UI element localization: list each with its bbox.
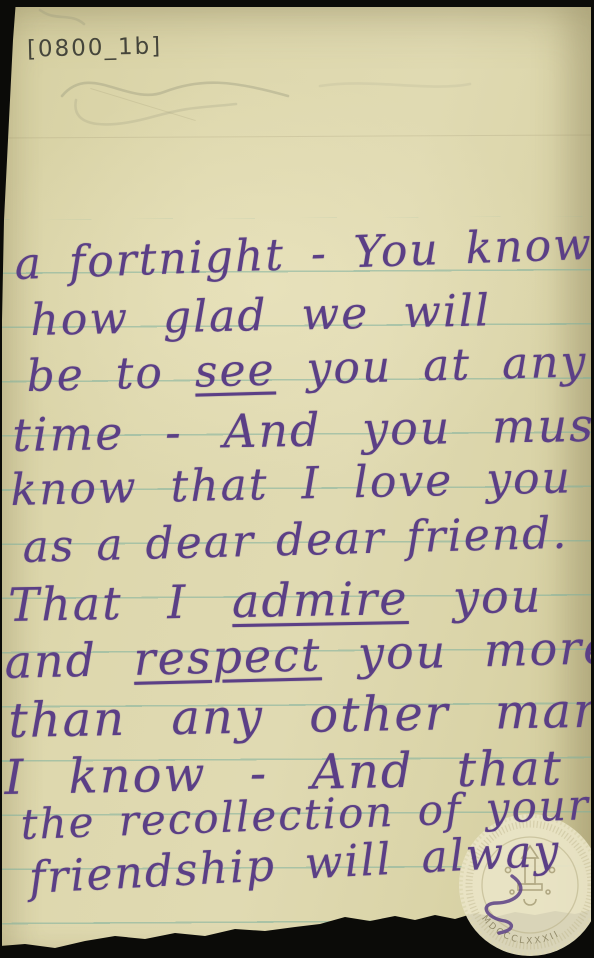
- letter-text: you more: [321, 620, 594, 681]
- scanned-letter-page: MDCCCLXXXII [0800_1b] a fortnight - You …: [0, 0, 594, 958]
- letter-line-6: as a dear dear friend.: [22, 512, 569, 570]
- underlined-word: respect: [133, 627, 322, 686]
- scan-edge-top: [0, 0, 594, 7]
- letter-text: time - And you must: [12, 397, 594, 462]
- letter-line-9: than any other man: [8, 687, 594, 745]
- crease-line-diagonal: [90, 88, 195, 121]
- underlined-word: admire: [232, 571, 409, 628]
- letter-text: That I: [8, 574, 233, 632]
- letter-line-5: know that I love you: [10, 456, 572, 513]
- letter-text: a fortnight - You know: [14, 219, 594, 290]
- letter-text: than any other man: [8, 683, 594, 749]
- letter-line-8: and respect you more: [4, 624, 594, 685]
- letter-text: as a dear dear friend.: [22, 508, 569, 573]
- letter-text: know that I love you: [10, 452, 573, 516]
- letter-text: you at any: [275, 336, 588, 395]
- letter-line-7: That I admire you: [8, 573, 543, 628]
- svg-text:MDCCCLXXXII: MDCCCLXXXII: [479, 914, 562, 947]
- letter-text: and: [4, 632, 134, 689]
- underlined-word: see: [194, 344, 276, 397]
- letter-line-1: a fortnight - You know: [14, 223, 594, 287]
- letter-text: you: [408, 569, 543, 625]
- letter-line-3: be to see you at any: [26, 340, 588, 399]
- letter-text: how glad we will: [30, 285, 492, 346]
- letter-line-4: time - And you must: [12, 401, 594, 458]
- letter-line-2: how glad we will: [30, 289, 491, 343]
- letter-text: be to: [26, 347, 196, 402]
- seal-numerals: MDCCCLXXXII: [479, 914, 562, 947]
- crease-line: [0, 134, 594, 138]
- ink-flourish: [486, 876, 521, 933]
- archive-code-annotation: [0800_1b]: [27, 33, 163, 62]
